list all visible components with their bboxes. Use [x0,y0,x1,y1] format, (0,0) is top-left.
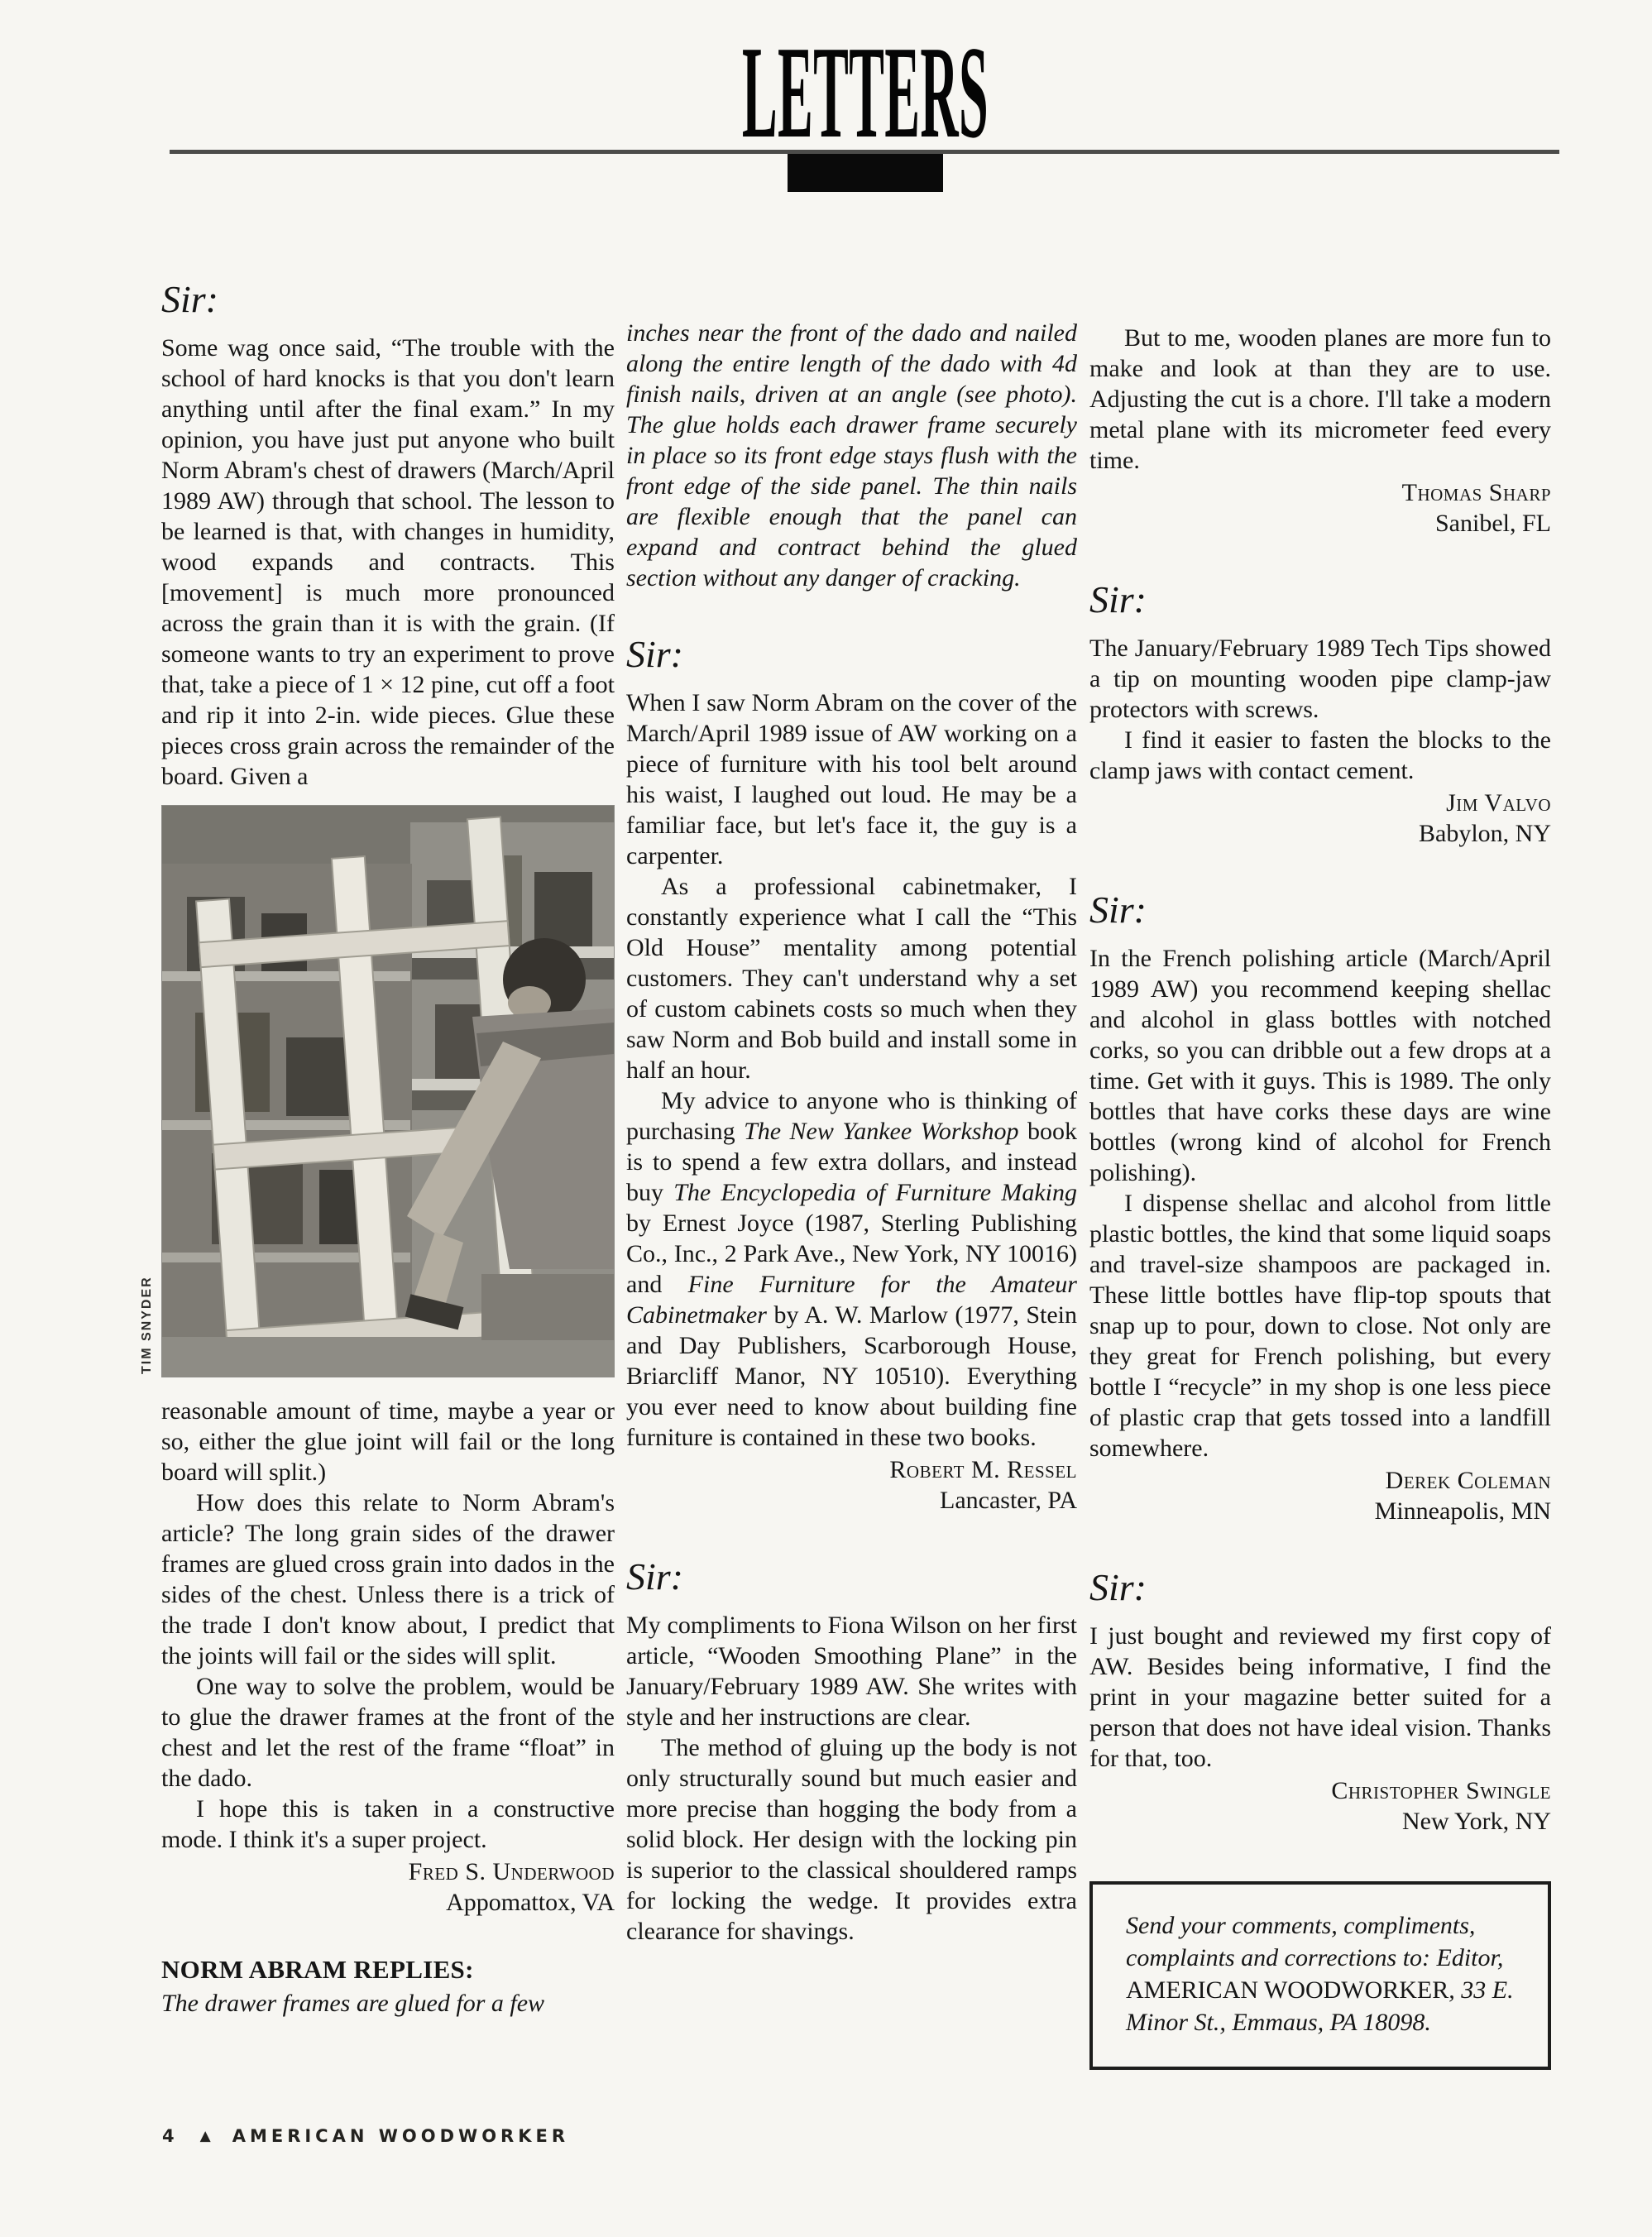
workshop-photo: TIM SNYDER [161,805,615,1377]
page-footer: 4 ▲ AMERICAN WOODWORKER [162,2126,569,2146]
signature-name: Fred S. Underwood [161,1856,615,1887]
letter-paragraph: reasonable amount of time, maybe a year … [161,1396,615,1487]
letter-paragraph: But to me, wooden planes are more fun to… [1089,323,1551,476]
magazine-letters-page: LETTERS Sir: Some wag once said, “The tr… [0,0,1652,2237]
signature-name: Jim Valvo [1089,788,1551,818]
signature: Derek Coleman Minneapolis, MN [1089,1465,1551,1526]
signature-place: Sanibel, FL [1089,508,1551,539]
signature-name: Thomas Sharp [1089,477,1551,508]
signature-place: Minneapolis, MN [1089,1496,1551,1526]
salutation: Sir: [626,635,1077,674]
letter-paragraph: My advice to anyone who is thinking of p… [626,1085,1077,1453]
salutation: Sir: [161,280,615,319]
letter-paragraph: One way to solve the problem, would be t… [161,1671,615,1794]
signature: Robert M. Ressel Lancaster, PA [626,1454,1077,1516]
column-1: Sir: Some wag once said, “The trouble wi… [161,280,615,2019]
page-number: 4 [162,2126,179,2146]
editor-note-text: Send your comments, compliments, complai… [1126,1912,1503,1971]
signature-place: Appomattox, VA [161,1887,615,1918]
signature-place: New York, NY [1089,1806,1551,1837]
signature-name: Christopher Swingle [1089,1775,1551,1806]
signature-place: Babylon, NY [1089,818,1551,849]
salutation: Sir: [1089,890,1551,930]
magazine-name: AMERICAN WOODWORKER [232,2126,569,2146]
book-title: The Encyclopedia of Furniture Making [673,1179,1077,1206]
letter-paragraph: The January/February 1989 Tech Tips show… [1089,633,1551,725]
page-title: LETTERS [742,30,989,154]
masthead: LETTERS [557,30,1173,154]
letter-paragraph: I hope this is taken in a constructive m… [161,1794,615,1855]
signature-name: Derek Coleman [1089,1465,1551,1496]
signature-name: Robert M. Ressel [626,1454,1077,1485]
signature: Christopher Swingle New York, NY [1089,1775,1551,1837]
signature: Fred S. Underwood Appomattox, VA [161,1856,615,1918]
signature: Jim Valvo Babylon, NY [1089,788,1551,849]
magazine-name: AMERICAN WOODWORKER [1126,1976,1448,2004]
letter-paragraph: Some wag once said, “The trouble with th… [161,333,615,792]
reply-heading: NORM ABRAM REPLIES: [161,1954,615,1985]
salutation: Sir: [626,1557,1077,1597]
letter-paragraph: In the French polishing article (March/A… [1089,943,1551,1188]
signature-place: Lancaster, PA [626,1485,1077,1516]
reply-text: The drawer frames are glued for a few [161,1988,615,2019]
letter-paragraph: I dispense shellac and alcohol from litt… [1089,1188,1551,1463]
editor-note-box: Send your comments, compliments, complai… [1089,1881,1551,2070]
masthead-block [788,154,943,192]
column-2: inches near the front of the dado and na… [626,318,1077,1947]
letter-paragraph: My compliments to Fiona Wilson on her fi… [626,1610,1077,1732]
salutation: Sir: [1089,580,1551,620]
letter-paragraph: How does this relate to Norm Abram's art… [161,1487,615,1671]
letter-paragraph: I find it easier to fasten the blocks to… [1089,725,1551,786]
letter-paragraph: I just bought and reviewed my first copy… [1089,1621,1551,1774]
letter-paragraph: When I saw Norm Abram on the cover of th… [626,687,1077,871]
triangle-icon: ▲ [200,2128,211,2144]
column-3: But to me, wooden planes are more fun to… [1089,323,1551,2070]
book-title: The New Yankee Workshop [744,1118,1018,1145]
reply-continuation: inches near the front of the dado and na… [626,318,1077,593]
signature: Thomas Sharp Sanibel, FL [1089,477,1551,539]
letter-paragraph: The method of gluing up the body is not … [626,1732,1077,1947]
workshop-photo-image [161,805,615,1377]
letter-paragraph: As a professional cabinetmaker, I consta… [626,871,1077,1085]
photo-credit: TIM SNYDER [132,1276,162,1374]
salutation: Sir: [1089,1568,1551,1607]
